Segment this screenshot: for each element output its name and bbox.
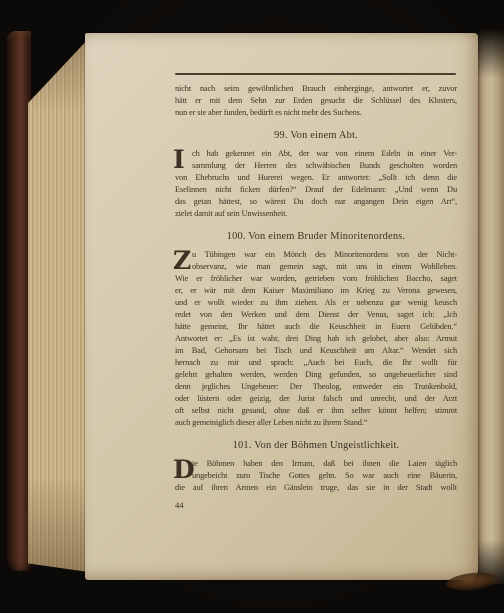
intro-paragraph: nicht nach seim gewöhnlichen Brauch einh… [175, 83, 457, 119]
text-line: auch gemeiniglich dieser aller Leben nic… [175, 417, 457, 429]
text-line: die auf ihren Armen ein Gänslein truge, … [175, 482, 457, 494]
drop-cap-initial: Z [173, 249, 191, 273]
book-photo: nicht nach seim gewöhnlichen Brauch einh… [0, 0, 504, 613]
drop-cap-initial: D [173, 458, 195, 482]
section-heading-100: 100. Von einem Bruder Minoritenordens. [175, 231, 457, 243]
facing-page-edge [478, 28, 504, 584]
text-line: nicht nach seim gewöhnlichen Brauch einh… [175, 83, 457, 95]
header-rule [175, 73, 456, 75]
text-line: ie Böhmen haben den Irrtum, daß bei ihne… [175, 458, 457, 470]
text-line: observanz, wie man gemein sagt, mit uns … [175, 261, 457, 273]
text-line: hätt er mit dem Sehn zur Erden gesucht d… [175, 95, 457, 107]
text-line: denn jegliches Ungeheuer: Der Theolog, e… [175, 381, 457, 393]
text-line: zielet damit auf sein Unwissenheit. [175, 208, 457, 220]
text-line: Wie er fröhlicher war worden, getrieben … [175, 273, 457, 285]
text-line: gelehrt gehalten werden, werden Ding gef… [175, 369, 457, 381]
page-number: 44 [175, 500, 457, 510]
text-line: von Ehebruchs und Hurerei wegen. Er antw… [175, 172, 457, 184]
text-line: Eselinnen nicht ficken dürfen?“ Drauf de… [175, 184, 457, 196]
text-line: er, er wär mit dem Kaiser Maximiliano im… [175, 285, 457, 297]
text-line: oder lüstern oder geizig, der Jurist fal… [175, 393, 457, 405]
text-line: im Bad, Gehorsam bei Tisch und Keuschhei… [175, 345, 457, 357]
text-block: nicht nach seim gewöhnlichen Brauch einh… [175, 73, 457, 510]
text-line: sammlung der Herren des schwäbischen Bun… [175, 160, 457, 172]
text-line: ungebeicht zum Tische Gottes gehn. So wa… [175, 470, 457, 482]
text-line: hernach zu mir und sprach: „Auch bei Euc… [175, 357, 457, 369]
text-line: redet von den Werken und dem Dienst der … [175, 309, 457, 321]
section-heading-99: 99. Von einem Abt. [175, 130, 457, 142]
text-line: nun er sie aber funden, bedürft es nicht… [175, 107, 457, 119]
text-line: oft selbst nicht gesund, ohne daß er ihm… [175, 405, 457, 417]
section-99-paragraph: I ch hab gekennet ein Abt, der war von e… [175, 148, 457, 220]
text-line: hätte gemeint, Ihr hättet auch die Keusc… [175, 321, 457, 333]
book-page: nicht nach seim gewöhnlichen Brauch einh… [85, 33, 478, 580]
section-101-paragraph: D ie Böhmen haben den Irrtum, daß bei ih… [175, 458, 457, 494]
page-stack-fore-edge [28, 36, 88, 573]
text-line: u Tübingen war ein Mönch des Minoritenor… [175, 249, 457, 261]
text-line: Antwortet er: „Es ist wahr, drei Ding ha… [175, 333, 457, 345]
drop-cap-initial: I [173, 148, 185, 172]
section-100-paragraph: Z u Tübingen war ein Mönch des Minoriten… [175, 249, 457, 429]
text-line: ch hab gekennet ein Abt, der war von ein… [175, 148, 457, 160]
section-heading-101: 101. Von der Böhmen Ungeistlichkeit. [175, 440, 457, 452]
text-line: das getan hättest, so wärest Du doch nur… [175, 196, 457, 208]
book-cover-edge [7, 31, 31, 571]
text-line: und er wollt wieder zu ihm ziehen. Als e… [175, 297, 457, 309]
